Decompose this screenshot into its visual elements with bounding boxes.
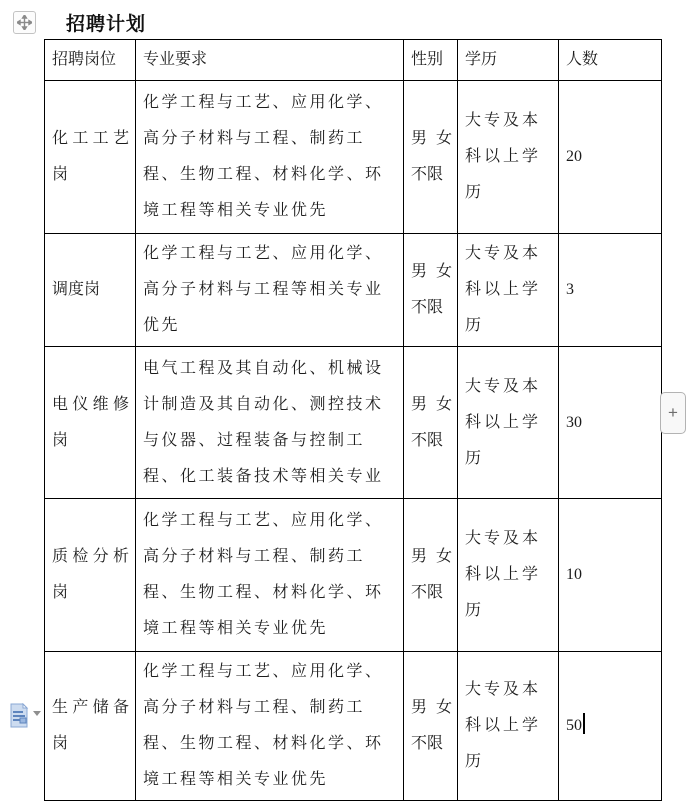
table-row: 调度岗 化学工程与工艺、应用化学、高分子材料与工程等相关专业优先 男女不限 大专… [45,234,662,347]
gender-cell[interactable]: 男女不限 [404,499,458,652]
count-cell[interactable]: 30 [559,347,662,499]
major-requirements-cell[interactable]: 化学工程与工艺、应用化学、高分子材料与工程、制药工程、生物工程、材料化学、环境工… [136,81,404,234]
header-gender[interactable]: 性别 [404,40,458,81]
major-requirements-cell[interactable]: 化学工程与工艺、应用化学、高分子材料与工程等相关专业优先 [136,234,404,347]
education-cell[interactable]: 大专及本科以上学历 [458,499,559,652]
count-cell[interactable]: 50 [559,652,662,801]
header-row: 招聘岗位 专业要求 性别 学历 人数 [45,40,662,81]
position-cell[interactable]: 质检分析岗 [45,499,136,652]
paste-options-button[interactable] [9,703,29,728]
text-caret [583,713,585,734]
plus-icon: + [668,403,678,423]
chevron-down-icon[interactable] [33,711,41,716]
document-icon [9,703,29,728]
table-move-handle[interactable] [13,11,36,34]
move-arrows-icon [17,15,32,30]
education-cell[interactable]: 大专及本科以上学历 [458,347,559,499]
position-cell[interactable]: 生产储备岗 [45,652,136,801]
count-cell[interactable]: 10 [559,499,662,652]
insert-row-button[interactable]: + [660,392,686,434]
gender-cell[interactable]: 男女不限 [404,652,458,801]
education-cell[interactable]: 大专及本科以上学历 [458,234,559,347]
major-requirements-cell[interactable]: 化学工程与工艺、应用化学、高分子材料与工程、制药工程、生物工程、材料化学、环境工… [136,652,404,801]
recruitment-table: 招聘岗位 专业要求 性别 学历 人数 化工工艺岗 化学工程与工艺、应用化学、高分… [44,39,662,801]
position-cell[interactable]: 化工工艺岗 [45,81,136,234]
document-canvas: 招聘计划 招聘岗位 专业要求 性别 学历 人数 化工工艺岗 化学工程与工艺、应用… [0,0,687,805]
count-cell[interactable]: 3 [559,234,662,347]
gender-cell[interactable]: 男女不限 [404,81,458,234]
table-row: 化工工艺岗 化学工程与工艺、应用化学、高分子材料与工程、制药工程、生物工程、材料… [45,81,662,234]
count-cell[interactable]: 20 [559,81,662,234]
header-count[interactable]: 人数 [559,40,662,81]
table-row: 电仪维修岗 电气工程及其自动化、机械设计制造及其自动化、测控技术与仪器、过程装备… [45,347,662,499]
position-cell[interactable]: 电仪维修岗 [45,347,136,499]
table-row: 生产储备岗 化学工程与工艺、应用化学、高分子材料与工程、制药工程、生物工程、材料… [45,652,662,801]
gender-cell[interactable]: 男女不限 [404,347,458,499]
major-requirements-cell[interactable]: 化学工程与工艺、应用化学、高分子材料与工程、制药工程、生物工程、材料化学、环境工… [136,499,404,652]
position-cell[interactable]: 调度岗 [45,234,136,347]
gender-cell[interactable]: 男女不限 [404,234,458,347]
header-education[interactable]: 学历 [458,40,559,81]
education-cell[interactable]: 大专及本科以上学历 [458,81,559,234]
header-major[interactable]: 专业要求 [136,40,404,81]
table-row: 质检分析岗 化学工程与工艺、应用化学、高分子材料与工程、制药工程、生物工程、材料… [45,499,662,652]
table-body: 化工工艺岗 化学工程与工艺、应用化学、高分子材料与工程、制药工程、生物工程、材料… [45,81,662,801]
header-position[interactable]: 招聘岗位 [45,40,136,81]
major-requirements-cell[interactable]: 电气工程及其自动化、机械设计制造及其自动化、测控技术与仪器、过程装备与控制工程、… [136,347,404,499]
page-title[interactable]: 招聘计划 [66,9,146,36]
education-cell[interactable]: 大专及本科以上学历 [458,652,559,801]
